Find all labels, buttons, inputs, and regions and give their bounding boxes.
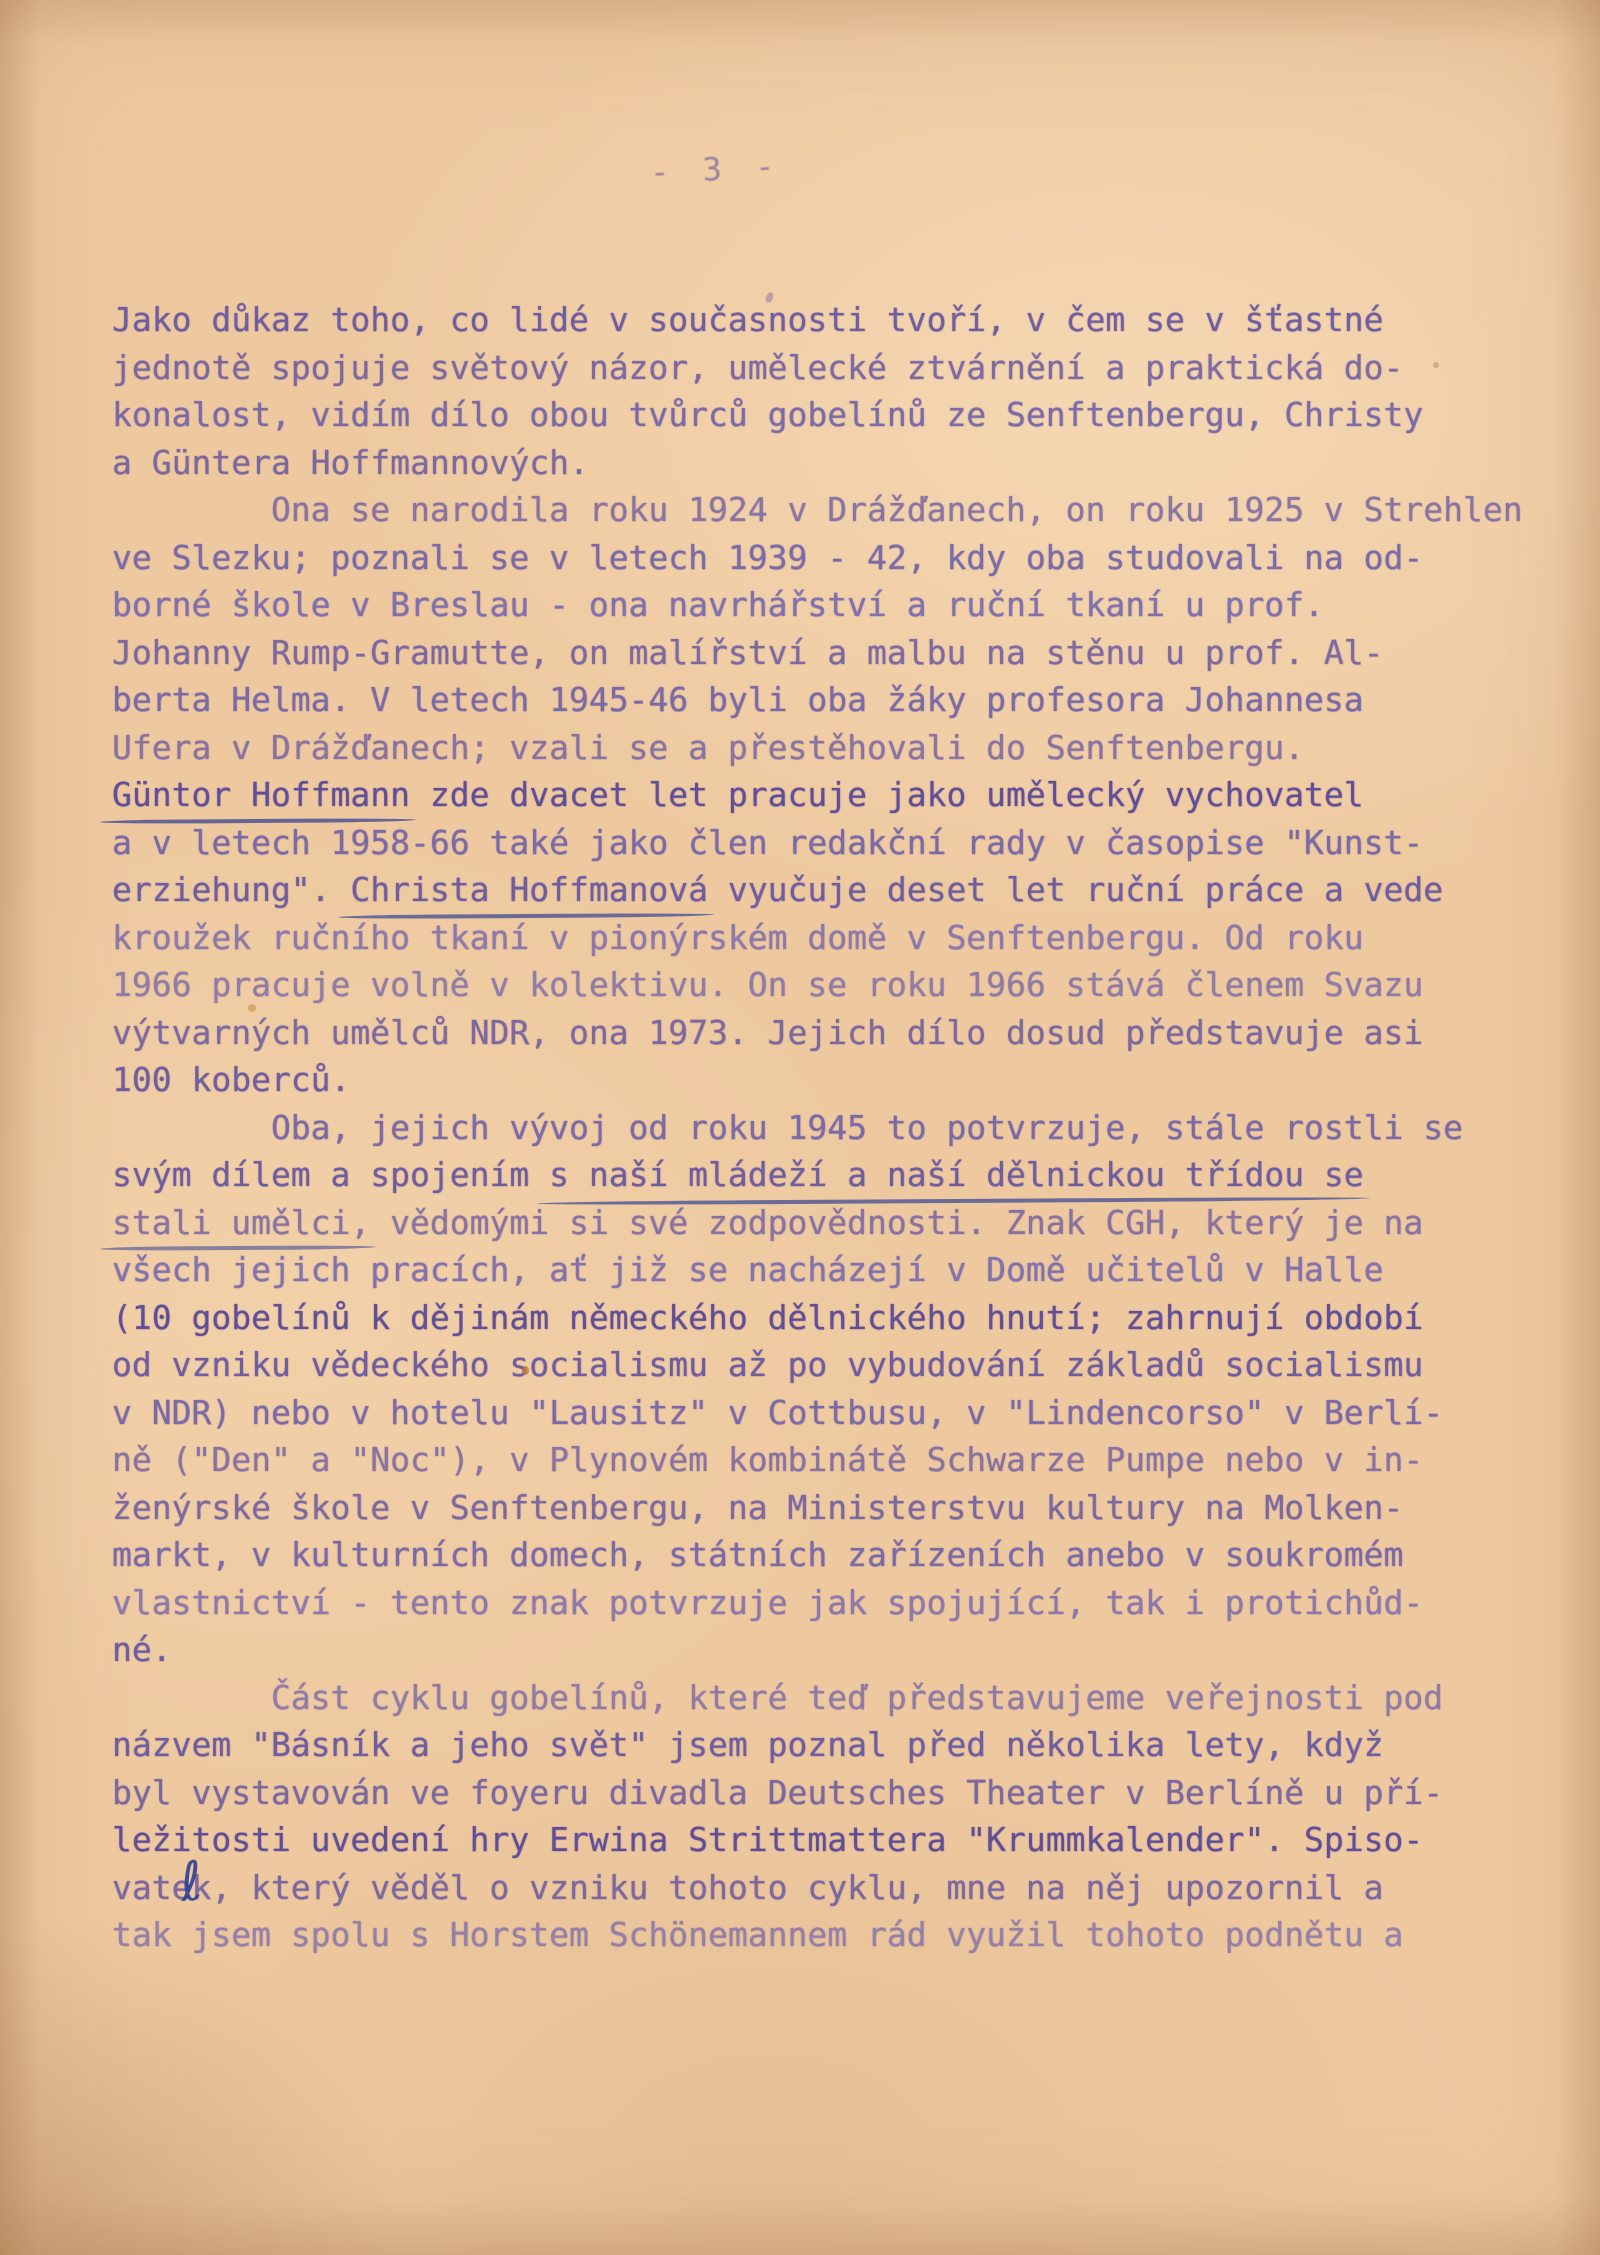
text-line: všech jejich pracích, ať již se nacházej… xyxy=(112,1246,1552,1294)
text-line: Güntor Hoffmann zde dvacet let pracuje j… xyxy=(112,771,1552,819)
text-line: né. xyxy=(112,1626,1552,1674)
text-line: stali umělci, vědomými si své zodpovědno… xyxy=(112,1199,1552,1247)
typewritten-text: Jako důkaz toho, co lidé v současnosti t… xyxy=(112,296,1552,1959)
text-line: ve Slezku; poznali se v letech 1939 - 42… xyxy=(112,534,1552,582)
pen-underline: stali umělci, xyxy=(112,1199,370,1247)
text-line: Johanny Rump-Gramutte, on malířství a ma… xyxy=(112,629,1552,677)
text-line: markt, v kulturních domech, státních zař… xyxy=(112,1531,1552,1579)
text-line: v NDR) nebo v hotelu "Lausitz" v Cottbus… xyxy=(112,1389,1552,1437)
text-line: jednotě spojuje světový názor, umělecké … xyxy=(112,344,1552,392)
text-line: ženýrské škole v Senftenbergu, na Minist… xyxy=(112,1484,1552,1532)
scanned-page: - 3 - Jako důkaz toho, co lidé v současn… xyxy=(0,0,1600,2255)
text-line: kroužek ručního tkaní v pionýrském domě … xyxy=(112,914,1552,962)
text-line: borné škole v Breslau - ona navrhářství … xyxy=(112,581,1552,629)
text-line: výtvarných umělců NDR, ona 1973. Jejich … xyxy=(112,1009,1552,1057)
text-line: tak jsem spolu s Horstem Schönemannem rá… xyxy=(112,1911,1552,1959)
text-line: Jako důkaz toho, co lidé v současnosti t… xyxy=(112,296,1552,344)
paper-speck xyxy=(248,1004,256,1012)
paper-speck xyxy=(1433,362,1439,368)
text-line: vatek, který věděl o vzniku tohoto cyklu… xyxy=(112,1864,1552,1912)
text-line: svým dílem a spojením s naší mládeží a n… xyxy=(112,1151,1552,1199)
text-line: Ona se narodila roku 1924 v Drážďanech, … xyxy=(112,486,1552,534)
text-line: (10 gobelínů k dějinám německého dělnick… xyxy=(112,1294,1552,1342)
text-line: 100 koberců. xyxy=(112,1056,1552,1104)
page-number: - 3 - xyxy=(649,147,782,192)
text-line: Oba, jejich vývoj od roku 1945 to potvrz… xyxy=(112,1104,1552,1152)
pen-underline: Güntor Hoffmann xyxy=(112,771,410,819)
text-line: názvem "Básník a jeho svět" jsem poznal … xyxy=(112,1721,1552,1769)
text-line: Ufera v Drážďanech; vzali se a přestěhov… xyxy=(112,724,1552,772)
text-line: byl vystavován ve foyeru divadla Deutsch… xyxy=(112,1769,1552,1817)
text-line: vlastnictví - tento znak potvrzuje jak s… xyxy=(112,1579,1552,1627)
text-line: od vzniku vědeckého socialismu až po vyb… xyxy=(112,1341,1552,1389)
pen-underline: Christa Hoffmanová xyxy=(350,866,708,914)
pen-underline: s naší mládeží a naší dělnickou třídou s… xyxy=(549,1151,1364,1199)
paper-speck xyxy=(522,1366,529,1375)
text-line: erziehung". Christa Hoffmanová vyučuje d… xyxy=(112,866,1552,914)
text-line: a Güntera Hoffmannových. xyxy=(112,439,1552,487)
text-line: 1966 pracuje volně v kolektivu. On se ro… xyxy=(112,961,1552,1009)
text-line: ležitosti uvedení hry Erwina Strittmatte… xyxy=(112,1816,1552,1864)
text-line: ně ("Den" a "Noc"), v Plynovém kombinátě… xyxy=(112,1436,1552,1484)
text-line: konalost, vidím dílo obou tvůrců gobelín… xyxy=(112,391,1552,439)
text-line: a v letech 1958-66 také jako člen redakč… xyxy=(112,819,1552,867)
text-line: berta Helma. V letech 1945-46 byli oba ž… xyxy=(112,676,1552,724)
text-line: Část cyklu gobelínů, které teď představu… xyxy=(112,1674,1552,1722)
